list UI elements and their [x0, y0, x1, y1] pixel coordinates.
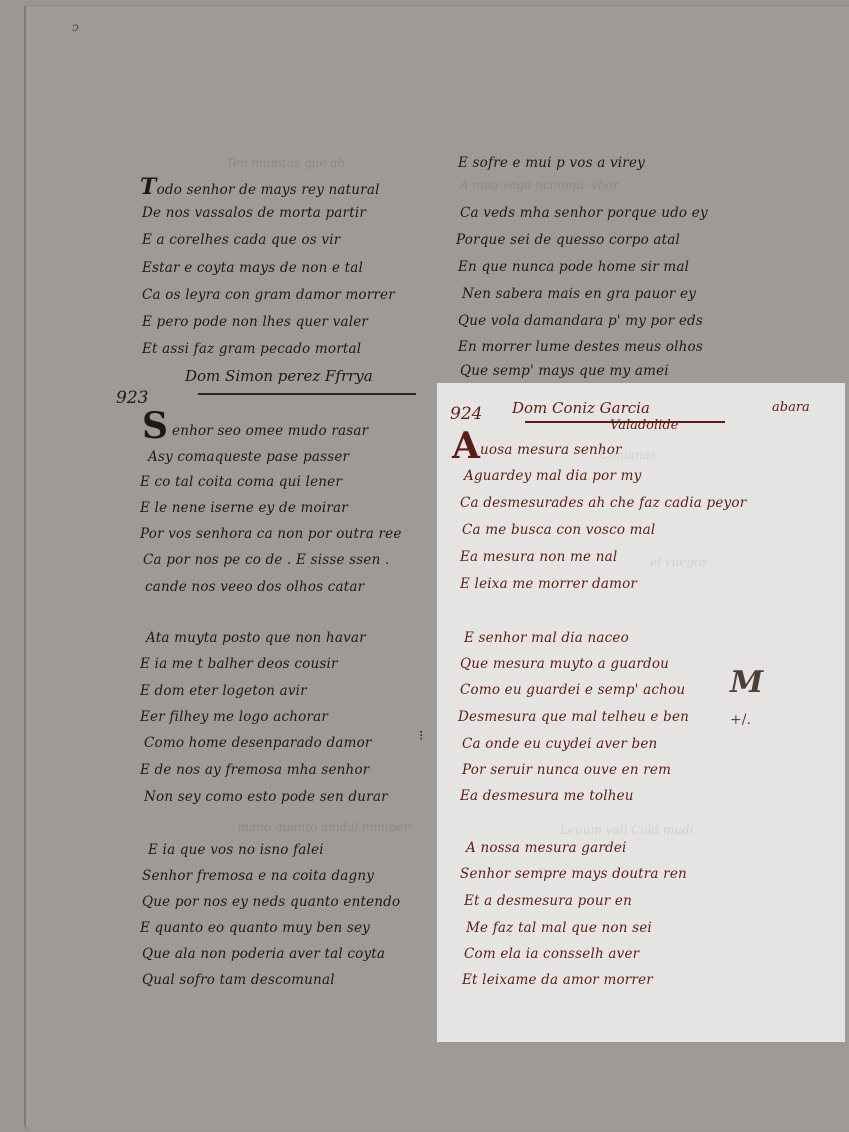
bleed-through-text: ·Ten mumtas que ah·	[222, 156, 349, 170]
verse-line: Porque sei de quesso corpo atal	[456, 232, 680, 248]
verse-line: De nos vassalos de morta partir	[142, 205, 366, 221]
margin-note: abara	[772, 400, 810, 415]
verse-line: Que ala non poderia aver tal coyta	[142, 946, 385, 962]
verse-line: Por vos senhora ca non por outra ree	[140, 526, 402, 542]
verse-line: Como home desenparado damor	[144, 735, 372, 751]
verse-line: Ca os leyra con gram damor morrer	[142, 287, 395, 303]
verse-line: Ea mesura non me nal	[460, 549, 617, 565]
verse-line: E ia me t balher deos cousir	[140, 656, 338, 672]
verse-line: Que mesura muyto a guardou	[460, 656, 669, 672]
verse-line: Ca por nos pe co de . E sisse ssen .	[143, 552, 389, 568]
verse-line: Me faz tal mal que non sei	[466, 920, 652, 936]
bleed-through-text: el vuegos	[650, 555, 707, 569]
verse-line: Senhor fremosa e na coita dagny	[142, 868, 374, 884]
verse-line: En morrer lume destes meus olhos	[458, 339, 703, 355]
verse-line: Et a desmesura pour en	[464, 893, 632, 909]
illuminated-initial: A	[452, 428, 480, 464]
verse-line: Et assi faz gram pecado mortal	[142, 341, 361, 357]
verse-line: E ia que vos no isno falei	[148, 842, 324, 858]
verse-line: Que semp' mays que my amei	[460, 363, 669, 379]
poem-heading: Dom Simon perez Ffrrya	[185, 367, 373, 385]
verse-line: Por seruir nunca ouve en rem	[462, 762, 671, 778]
verse-line: Qual sofro tam descomunal	[142, 972, 335, 988]
verse-line: Com ela ia consselh aver	[464, 946, 639, 962]
verse-line: uosa mesura senhor	[480, 442, 622, 458]
verse-line: E pero pode non lhes quer valer	[142, 314, 368, 330]
verse-line: Que por nos ey neds quanto entendo	[142, 894, 400, 910]
verse-line: Asy comaqueste pase passer	[148, 449, 349, 465]
verse-line: Aguardey mal dia por my	[464, 468, 641, 484]
verse-line: Ea desmesura me tolheu	[460, 788, 634, 804]
verse-line: Ca onde eu cuydei aver ben	[462, 736, 657, 752]
bleed-through-text: A mou vaga ncimma ·vbor	[460, 178, 618, 192]
verse-line: Ata muyta posto que non havar	[146, 630, 366, 646]
verse-line: cande nos veeo dos olhos catar	[145, 579, 364, 595]
verse-line: E sofre e mui p vos a virey	[458, 155, 645, 171]
verse-line: Estar e coyta mays de non e tal	[142, 260, 363, 276]
verse-line: E de nos ay fremosa mha senhor	[140, 762, 369, 778]
poem-number: 924	[450, 404, 482, 424]
verse-line: E le nene iserne ey de moirar	[140, 500, 348, 516]
verse-line: E leixa me morrer damor	[460, 576, 637, 592]
verse-line: Ca veds mha senhor porque udo ey	[460, 205, 708, 221]
verse-line: Ca me busca con vosco mal	[462, 522, 655, 538]
bleed-through-text: Leuum vall Cald mudi	[560, 823, 693, 837]
margin-letter: M	[730, 665, 763, 700]
folio-mark: ↄ	[72, 20, 79, 34]
verse-line: Como eu guardei e semp' achou	[460, 682, 685, 698]
verse-line: Que vola damandara p' my por eds	[458, 313, 703, 329]
verse-line: Desmesura que mal telheu e ben	[458, 709, 689, 725]
verse-line: Et leixame da amor morrer	[462, 972, 653, 988]
verse-line-text: odo senhor de mays rey natural	[157, 182, 380, 198]
verse-line: Senhor sempre mays doutra ren	[460, 866, 687, 882]
poem-heading: Dom Coniz Garcia	[512, 399, 650, 417]
verse-line: Ca desmesurades ah che faz cadia peyor	[460, 495, 746, 511]
verse-line: A nossa mesura gardei	[466, 840, 627, 856]
verse-line: Nen sabera mais en gra pauor ey	[462, 286, 696, 302]
margin-mark: +/.	[730, 712, 751, 728]
heading-underline	[198, 393, 416, 395]
verse-line: E senhor mal dia naceo	[464, 630, 629, 646]
verse-line: E quanto eo quanto muy ben sey	[140, 920, 370, 936]
ink-dots: ⁝	[419, 728, 423, 744]
verse-line: E co tal coita coma qui lener	[140, 474, 342, 490]
verse-line: E a corelhes cada que os vir	[142, 232, 340, 248]
verse-line: Non sey como esto pode sen durar	[144, 789, 388, 805]
illuminated-initial: S	[142, 408, 168, 444]
verse-line: Eer filhey me logo achorar	[140, 709, 328, 725]
verse-line: E dom eter logeton avir	[140, 683, 307, 699]
poem-heading-subtitle: Valadolide	[610, 418, 678, 433]
bleed-through-text: · mano quanto amdal mmiper	[230, 820, 409, 834]
verse-line: enhor seo omee mudo rasar	[172, 423, 368, 439]
verse-line: En que nunca pode home sir mal	[458, 259, 689, 275]
